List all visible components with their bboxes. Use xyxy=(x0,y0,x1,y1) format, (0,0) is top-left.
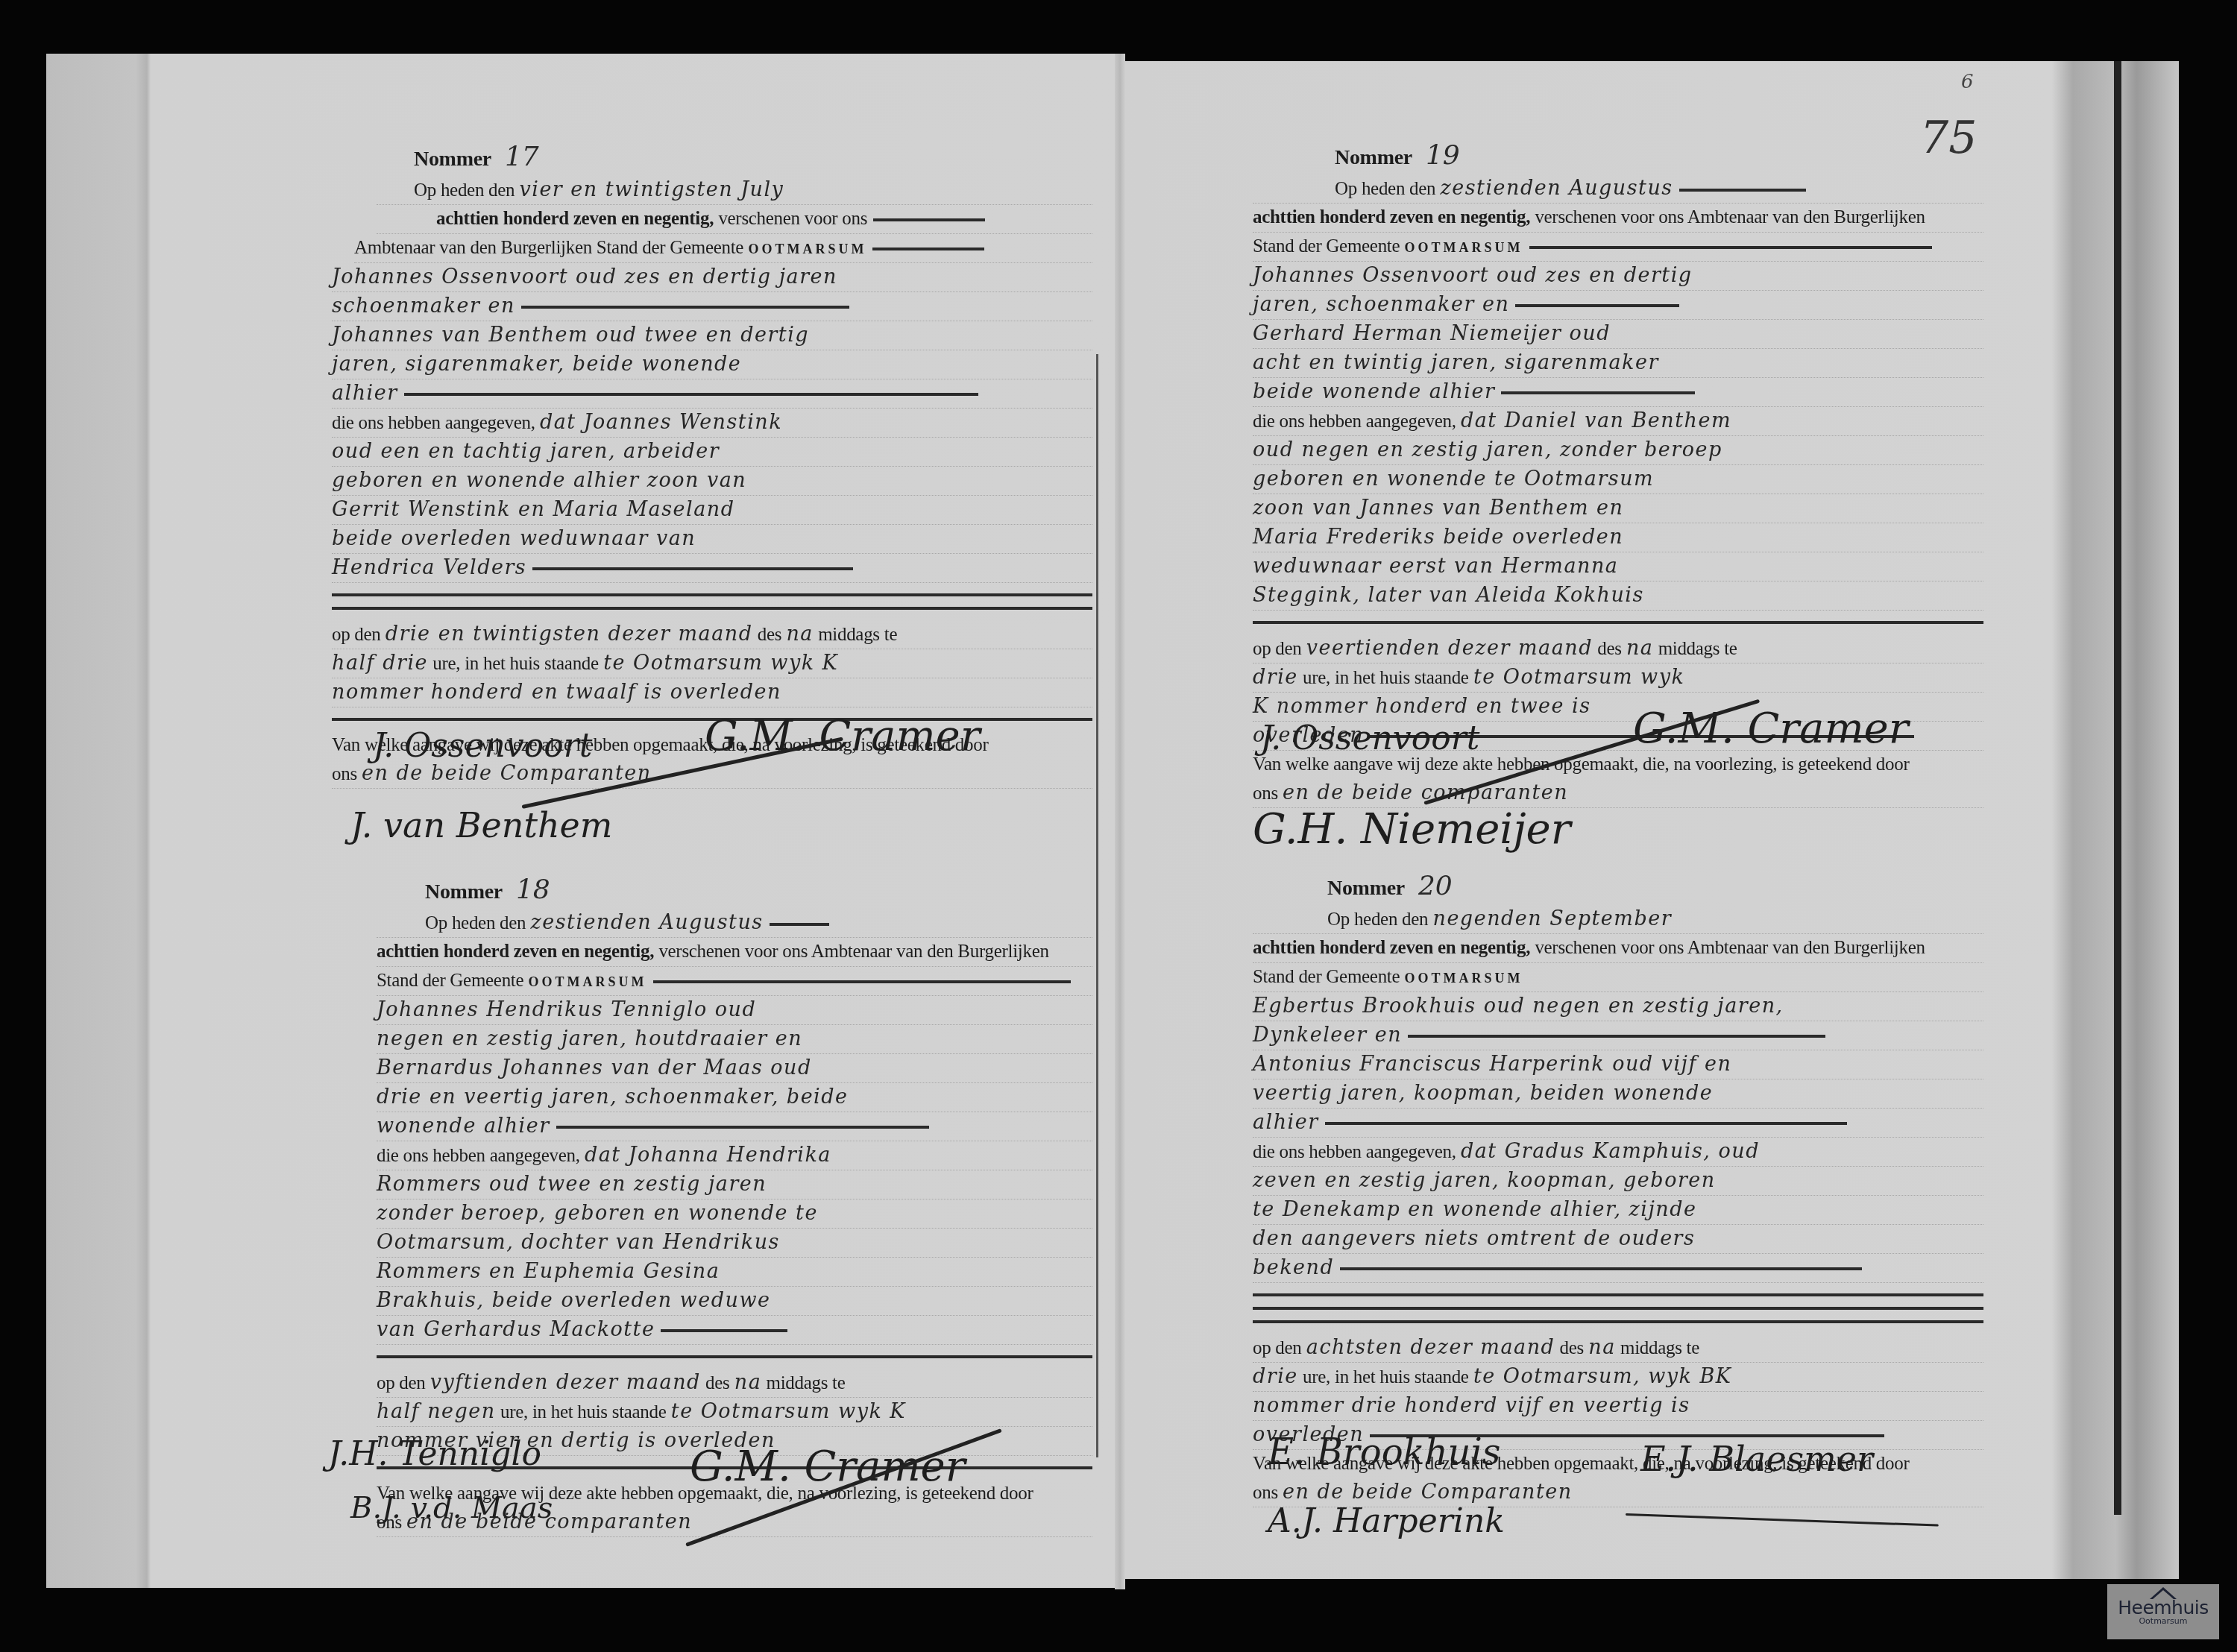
time-row: half negen ure, in het huis staande te O… xyxy=(377,1398,1092,1427)
signature-registrar: G.M. Cramer xyxy=(690,1443,966,1491)
fill-rule xyxy=(1253,621,1983,624)
year-text: achttien honderd zeven en negentig, xyxy=(377,942,654,962)
fill-rule xyxy=(532,567,853,570)
comparant-line: Johannes Hendrikus Tenniglo oud xyxy=(377,996,1092,1025)
act-17: Nommer17 Op heden den vier en twintigste… xyxy=(377,143,1092,789)
stand-row: Stand der Gemeente OOTMARSUM xyxy=(1253,233,1983,262)
nommer-label: Nommer xyxy=(1335,146,1412,169)
signature: J. Ossenvoort xyxy=(1260,719,1479,757)
municipality: OOTMARSUM xyxy=(1405,240,1523,255)
signed-by: en de beide Comparanten xyxy=(1283,1481,1573,1504)
time-row: drie ure, in het huis staande te Ootmars… xyxy=(1253,1363,1983,1392)
verschenen-text: verschenen voor ons xyxy=(718,209,867,229)
signature: J.H. Tenniglo xyxy=(328,1435,541,1473)
date-row: Op heden den zestienden Augustus xyxy=(377,909,1092,938)
year-row: achttien honderd zeven en negentig, vers… xyxy=(377,205,1092,234)
des-na: na xyxy=(1626,637,1654,660)
ons-label: ons xyxy=(1253,784,1278,804)
act-number: 17 xyxy=(505,142,539,172)
stand-row: Stand der Gemeente OOTMARSUM xyxy=(1253,963,1983,992)
op-den-label: op den xyxy=(1253,1338,1302,1358)
year-row: achttien honderd zeven en negentig, vers… xyxy=(1253,204,1983,233)
verschenen-text: verschenen voor ons Ambtenaar van den Bu… xyxy=(658,942,1048,962)
signature: A.J. Harperink xyxy=(1268,1502,1505,1540)
comparant-text: jaren, schoenmaker en xyxy=(1253,293,1509,316)
death-date-row: op den vyftienden dezer maand des na mid… xyxy=(377,1369,1092,1398)
declaration-line: weduwnaar eerst van Hermanna xyxy=(1253,552,1983,581)
comparant-line: schoenmaker en xyxy=(332,292,1092,321)
death-place: te Ootmarsum wyk K xyxy=(603,652,838,675)
act-number: 19 xyxy=(1426,140,1460,171)
fill-rule xyxy=(873,218,985,221)
act-number-row: Nommer20 xyxy=(1253,872,1983,905)
declaration-line: Brakhuis, beide overleden weduwe xyxy=(377,1287,1092,1316)
comparant-text: beide wonende alhier xyxy=(1253,380,1495,403)
act-date: zestienden Augustus xyxy=(1441,177,1673,200)
declaration-row: die ons hebben aangegeven, dat Joannes W… xyxy=(332,409,1092,438)
des-na: na xyxy=(734,1371,762,1394)
fill-rule xyxy=(1515,304,1679,307)
municipality: OOTMARSUM xyxy=(529,974,647,989)
fill-rule xyxy=(872,248,984,250)
declaration-line: te Denekamp en wonende alhier, zijnde xyxy=(1253,1196,1983,1225)
op-heden-label: Op heden den xyxy=(425,913,526,933)
comparant-line: jaren, schoenmaker en xyxy=(1253,291,1983,320)
act-20: Nommer20 Op heden den negenden September… xyxy=(1253,872,1983,1507)
municipality: OOTMARSUM xyxy=(748,242,866,256)
des-label: des xyxy=(705,1373,729,1393)
declaration-text: dat Joannes Wenstink xyxy=(540,411,782,434)
act-number: 20 xyxy=(1418,871,1453,901)
declaration-line: Rommers oud twee en zestig jaren xyxy=(377,1170,1092,1199)
middags-label: middags te xyxy=(767,1373,846,1393)
fill-rule xyxy=(1325,1122,1847,1125)
ons-label: ons xyxy=(1253,1483,1278,1503)
year-text: achttien honderd zeven en negentig, xyxy=(1253,938,1530,958)
comparant-line: Bernardus Johannes van der Maas oud xyxy=(377,1054,1092,1083)
des-na: na xyxy=(786,622,814,646)
comparant-line: Johannes Ossenvoort oud zes en dertig ja… xyxy=(332,263,1092,292)
comparant-line: negen en zestig jaren, houtdraaier en xyxy=(377,1025,1092,1054)
verschenen-text: verschenen voor ons Ambtenaar van den Bu… xyxy=(1535,207,1925,227)
des-label: des xyxy=(1597,639,1621,659)
declaration-line: zeven en zestig jaren, koopman, geboren xyxy=(1253,1167,1983,1196)
middags-label: middags te xyxy=(1658,639,1737,659)
place-line: nommer drie honderd vijf en veertig is xyxy=(1253,1392,1983,1421)
op-heden-label: Op heden den xyxy=(414,180,515,201)
comparant-text: alhier xyxy=(1253,1111,1319,1134)
declaration-text: bekend xyxy=(1253,1256,1334,1279)
fill-rule xyxy=(1501,391,1695,394)
signed-by: en de beide Comparanten xyxy=(362,762,652,785)
op-heden-label: Op heden den xyxy=(1335,179,1435,199)
death-date-row: op den achtsten dezer maand des na midda… xyxy=(1253,1334,1983,1363)
stand-text: Stand der Gemeente xyxy=(377,971,523,991)
declaration-line: Steggink, later van Aleida Kokhuis xyxy=(1253,581,1983,611)
logo-name: Heemhuis xyxy=(2107,1599,2219,1617)
death-day: drie en twintigsten dezer maand xyxy=(386,622,753,646)
declaration-line: den aangevers niets omtrent de ouders xyxy=(1253,1225,1983,1254)
nommer-label: Nommer xyxy=(425,880,503,904)
aangegeven-label: die ons hebben aangegeven, xyxy=(332,413,535,433)
declaration-text: Hendrica Velders xyxy=(332,556,526,579)
fill-rule xyxy=(556,1126,929,1129)
date-row: Op heden den vier en twintigsten July xyxy=(377,176,1092,205)
death-day: veertienden dezer maand xyxy=(1306,637,1593,660)
place-line: nommer honderd en twaalf is overleden xyxy=(332,678,1092,707)
comparant-line: beide wonende alhier xyxy=(1253,378,1983,407)
ure-label: ure, in het huis staande xyxy=(1303,1367,1469,1387)
signature: G.H. Niemeijer xyxy=(1253,805,1570,854)
fill-rule xyxy=(770,923,829,926)
op-heden-label: Op heden den xyxy=(1327,909,1428,930)
des-na: na xyxy=(1588,1336,1616,1359)
declaration-line: geboren en wonende alhier zoon van xyxy=(332,467,1092,496)
act-date: vier en twintigsten July xyxy=(520,178,784,201)
comparant-line: jaren, sigarenmaker, beide wonende xyxy=(332,350,1092,379)
aangegeven-label: die ons hebben aangegeven, xyxy=(377,1146,580,1166)
declaration-row: die ons hebben aangegeven, dat Daniel va… xyxy=(1253,407,1983,436)
aangegeven-label: die ons hebben aangegeven, xyxy=(1253,1142,1456,1162)
declaration-text: van Gerhardus Mackotte xyxy=(377,1318,655,1341)
margin-rule xyxy=(1096,354,1098,1457)
declaration-line: beide overleden weduwnaar van xyxy=(332,525,1092,554)
des-label: des xyxy=(1560,1338,1584,1358)
comparant-text: wonende alhier xyxy=(377,1115,550,1138)
ambtenaar-row: Ambtenaar van den Burgerlijken Stand der… xyxy=(354,234,1092,263)
fill-rule xyxy=(661,1329,787,1332)
act-number-row: Nommer19 xyxy=(1253,142,1983,174)
comparant-text: Dynkeleer en xyxy=(1253,1024,1402,1047)
date-row: Op heden den negenden September xyxy=(1253,905,1983,934)
time-row: drie ure, in het huis staande te Ootmars… xyxy=(1253,663,1983,693)
comparant-line: Johannes Ossenvoort oud zes en dertig xyxy=(1253,262,1983,291)
declaration-line: Hendrica Velders xyxy=(332,554,1092,583)
book-gutter xyxy=(1115,54,1125,1589)
act-date: negenden September xyxy=(1433,907,1673,930)
fill-rule xyxy=(1529,246,1932,249)
op-den-label: op den xyxy=(377,1373,426,1393)
signature: J. van Benthem xyxy=(350,805,612,845)
fill-rule xyxy=(1253,1307,1983,1310)
declaration-text: dat Daniel van Benthem xyxy=(1461,409,1731,432)
declaration-line: Maria Frederiks beide overleden xyxy=(1253,523,1983,552)
date-row: Op heden den zestienden Augustus xyxy=(1253,174,1983,204)
signature-registrar: G.M. Cramer xyxy=(705,712,981,760)
comparant-line: drie en veertig jaren, schoenmaker, beid… xyxy=(377,1083,1092,1112)
aangegeven-label: die ons hebben aangegeven, xyxy=(1253,412,1456,432)
fill-rule xyxy=(332,593,1092,596)
des-label: des xyxy=(758,625,781,645)
year-row: achttien honderd zeven en negentig, vers… xyxy=(1253,934,1983,963)
ure-label: ure, in het huis staande xyxy=(1303,668,1469,688)
op-den-label: op den xyxy=(332,625,381,645)
ons-label: ons xyxy=(332,764,357,784)
death-time: half negen xyxy=(377,1400,496,1423)
comparant-text: alhier xyxy=(332,382,398,405)
death-date-row: op den drie en twintigsten dezer maand d… xyxy=(332,620,1092,649)
declaration-line: geboren en wonende te Ootmarsum xyxy=(1253,465,1983,494)
signature: B.J. v.d. Maas xyxy=(350,1491,553,1525)
op-den-label: op den xyxy=(1253,639,1302,659)
heemhuis-logo: Heemhuis Ootmarsum xyxy=(2107,1584,2219,1639)
act-date: zestienden Augustus xyxy=(531,911,764,934)
declaration-text: dat Gradus Kamphuis, oud xyxy=(1461,1140,1760,1163)
fill-rule xyxy=(1253,1293,1983,1296)
declaration-line: Gerrit Wenstink en Maria Maseland xyxy=(332,496,1092,525)
ure-label: ure, in het huis staande xyxy=(432,654,599,674)
comparant-line: Egbertus Brookhuis oud negen en zestig j… xyxy=(1253,992,1983,1021)
comparant-line: veertig jaren, koopman, beiden wonende xyxy=(1253,1079,1983,1109)
nommer-label: Nommer xyxy=(1327,877,1405,900)
year-text: achttien honderd zeven en negentig, xyxy=(1253,207,1530,227)
declaration-line: zonder beroep, geboren en wonende te xyxy=(377,1199,1092,1229)
declaration-line: Ootmarsum, dochter van Hendrikus xyxy=(377,1229,1092,1258)
middags-label: middags te xyxy=(1620,1338,1699,1358)
comparant-line: Johannes van Benthem oud twee en dertig xyxy=(332,321,1092,350)
ure-label: ure, in het huis staande xyxy=(500,1402,667,1422)
middags-label: middags te xyxy=(818,625,897,645)
comparant-line: Antonius Franciscus Harperink oud vijf e… xyxy=(1253,1050,1983,1079)
declaration-line: oud negen en zestig jaren, zonder beroep xyxy=(1253,436,1983,465)
act-number-row: Nommer17 xyxy=(377,143,1092,176)
death-date-row: op den veertienden dezer maand des na mi… xyxy=(1253,634,1983,663)
death-time: drie xyxy=(1253,1365,1298,1388)
act-number: 18 xyxy=(516,874,550,905)
fill-rule xyxy=(1253,1320,1983,1323)
fill-rule xyxy=(404,393,978,396)
signature: E.J. Blaesmer xyxy=(1640,1439,1873,1479)
declaration-text: dat Johanna Hendrika xyxy=(585,1144,831,1167)
declaration-line: van Gerhardus Mackotte xyxy=(377,1316,1092,1345)
death-place: te Ootmarsum wyk xyxy=(1473,666,1684,689)
verschenen-text: verschenen voor ons Ambtenaar van den Bu… xyxy=(1535,938,1925,958)
act-number-row: Nommer18 xyxy=(377,876,1092,909)
declaration-row: die ons hebben aangegeven, dat Gradus Ka… xyxy=(1253,1138,1983,1167)
nommer-label: Nommer xyxy=(414,148,491,171)
declaration-line: bekend xyxy=(1253,1254,1983,1283)
fill-rule xyxy=(332,607,1092,610)
ambtenaar-text: Ambtenaar van den Burgerlijken Stand der… xyxy=(354,238,743,258)
folio-mark: 6 xyxy=(1961,71,1974,93)
declaration-line: Rommers en Euphemia Gesina xyxy=(377,1258,1092,1287)
comparant-text: schoenmaker en xyxy=(332,294,515,318)
fill-rule xyxy=(377,1355,1092,1358)
fill-rule xyxy=(1340,1267,1862,1270)
fill-rule xyxy=(1679,189,1806,192)
signature: E. Brookhuis xyxy=(1268,1431,1500,1473)
stand-text: Stand der Gemeente xyxy=(1253,236,1400,256)
comparant-line: alhier xyxy=(332,379,1092,409)
signed-by-row: ons en de beide comparanten xyxy=(1253,779,1983,808)
comparant-line: Gerhard Herman Niemeijer oud xyxy=(1253,320,1983,349)
municipality: OOTMARSUM xyxy=(1405,971,1523,986)
time-row: half drie ure, in het huis staande te Oo… xyxy=(332,649,1092,678)
fill-rule xyxy=(653,980,1071,983)
death-day: vyftienden dezer maand xyxy=(430,1371,701,1394)
comparant-line: wonende alhier xyxy=(377,1112,1092,1141)
year-row: achttien honderd zeven en negentig, vers… xyxy=(377,938,1092,967)
comparant-line: acht en twintig jaren, sigarenmaker xyxy=(1253,349,1983,378)
death-place: te Ootmarsum wyk K xyxy=(671,1400,906,1423)
fill-rule xyxy=(521,306,849,309)
signature: J. Ossenvoort xyxy=(373,727,592,765)
death-place: te Ootmarsum, wyk BK xyxy=(1473,1365,1732,1388)
fill-rule xyxy=(1408,1035,1825,1038)
declaration-line: zoon van Jannes van Benthem en xyxy=(1253,494,1983,523)
declaration-line: oud een en tachtig jaren, arbeider xyxy=(332,438,1092,467)
stand-row: Stand der Gemeente OOTMARSUM xyxy=(377,967,1092,996)
house-roof-icon xyxy=(2150,1587,2177,1599)
death-time: half drie xyxy=(332,652,428,675)
death-time: drie xyxy=(1253,666,1298,689)
year-text: achttien honderd zeven en negentig, xyxy=(436,209,714,229)
comparant-line: Dynkeleer en xyxy=(1253,1021,1983,1050)
page-edge xyxy=(2114,61,2121,1515)
comparant-line: alhier xyxy=(1253,1109,1983,1138)
declaration-row: die ons hebben aangegeven, dat Johanna H… xyxy=(377,1141,1092,1170)
stand-text: Stand der Gemeente xyxy=(1253,967,1400,987)
death-day: achtsten dezer maand xyxy=(1306,1336,1555,1359)
